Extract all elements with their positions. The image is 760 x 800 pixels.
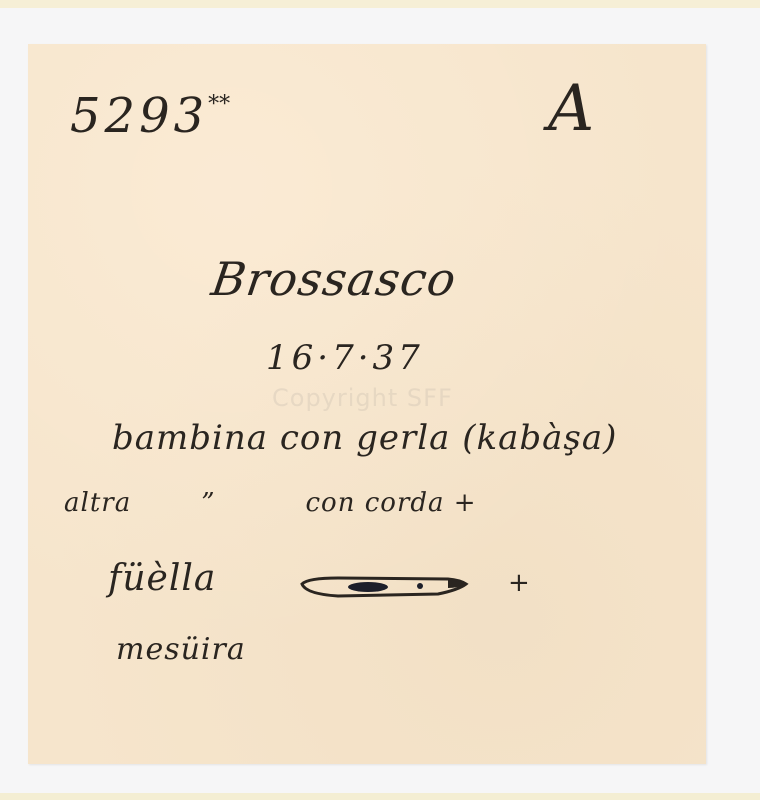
ditto-mark: ” bbox=[201, 488, 215, 518]
copyright-watermark: Copyright SFF bbox=[272, 384, 453, 412]
bottom-edge-strip bbox=[0, 793, 760, 800]
description-line-4: mesüira bbox=[116, 632, 246, 667]
line2-con-corda: con corda + bbox=[306, 488, 477, 518]
place-name: Brossasco bbox=[208, 252, 460, 306]
shuttle-sketch-icon bbox=[298, 572, 470, 602]
section-letter: A bbox=[548, 72, 595, 146]
top-edge-strip bbox=[0, 0, 760, 8]
plus-mark: + bbox=[508, 568, 530, 598]
line2-word-altra: altra bbox=[64, 488, 131, 518]
description-line-1: bambina con gerla (kabàşa) bbox=[112, 418, 617, 458]
description-line-2: altra”con corda + bbox=[64, 488, 477, 518]
catalog-number-value: 5293 bbox=[70, 88, 208, 144]
catalog-marks: ** bbox=[208, 92, 230, 117]
description-line-3: füèlla bbox=[108, 558, 216, 599]
catalog-number: 5293** bbox=[70, 88, 230, 144]
date: 16·7·37 bbox=[266, 338, 424, 378]
